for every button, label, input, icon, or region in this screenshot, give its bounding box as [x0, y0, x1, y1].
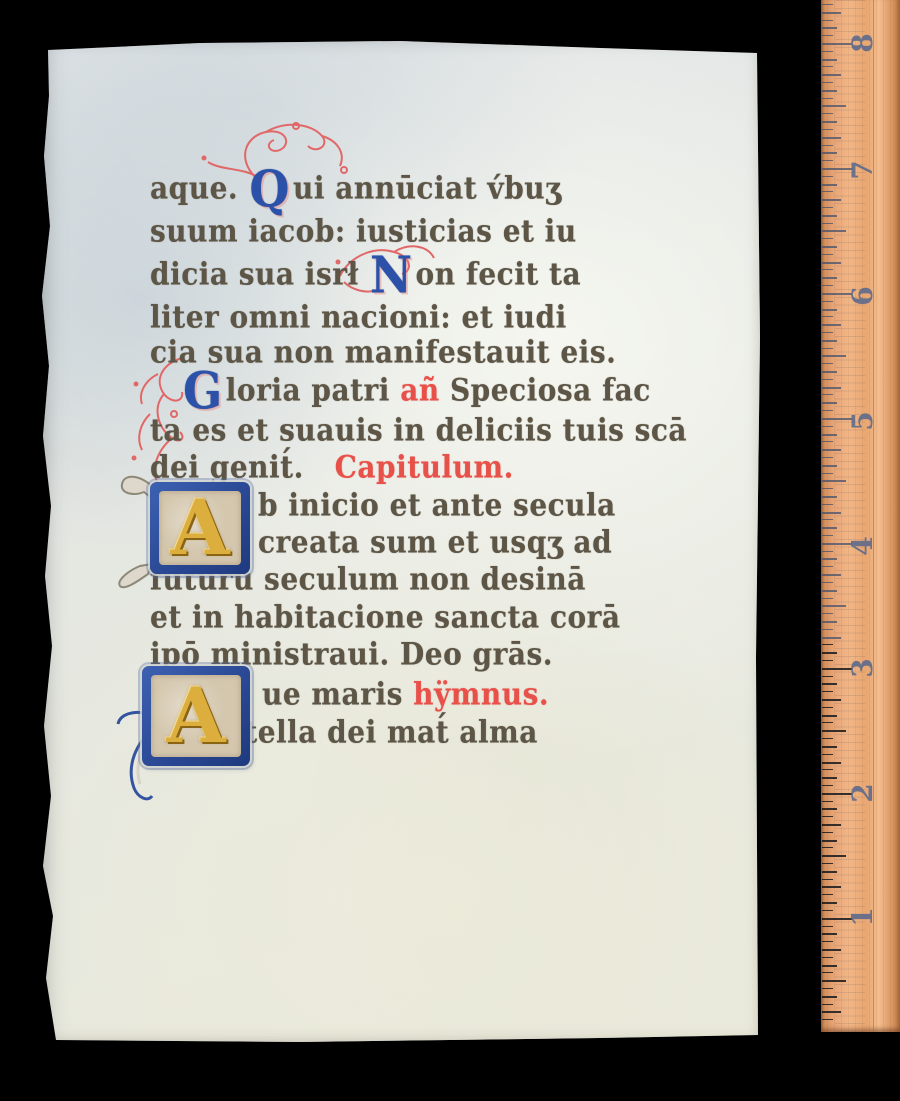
ruler-tick: [822, 629, 833, 630]
body-text: b inicio et ante secula: [258, 487, 616, 523]
ruler-tick: [822, 613, 833, 614]
rubric-text: Capitulum.: [335, 449, 514, 485]
ruler-tick: [822, 496, 837, 498]
manuscript-text-line: b inicio et ante secula: [258, 487, 616, 523]
manuscript-text-line: Gloria patri añ Speciosa fac: [182, 372, 651, 408]
ruler-tick: [822, 886, 841, 888]
illuminated-initial-letter: A: [171, 490, 230, 566]
ruler-tick: [822, 801, 833, 802]
ruler-tick: [822, 285, 833, 286]
ruler-tick: [822, 160, 833, 161]
ruler-inch-number: 2: [848, 776, 878, 810]
ruler-tick: [822, 504, 833, 505]
illuminated-initial-letter: A: [167, 678, 226, 754]
ruler-tick: [822, 66, 833, 67]
photo-background: aque. Qui annūciat v́buʒsuum iacob: iust…: [0, 0, 900, 1101]
ruler-tick: [822, 683, 837, 685]
ruler-tick: [822, 20, 833, 21]
ruler-inch-number: 6: [848, 279, 878, 313]
ruler-tick: [822, 972, 833, 973]
ruler-tick: [822, 996, 837, 998]
rubric-text: añ: [400, 372, 450, 408]
body-text: aque.: [150, 170, 248, 206]
ruler-tick: [822, 941, 833, 942]
ruler-tick: [822, 730, 846, 732]
ruler-tick: [822, 269, 833, 270]
body-text: suum iacob: iusticias et iu: [150, 213, 577, 249]
versal-initial: Q: [249, 159, 290, 218]
ruler-tick: [822, 582, 833, 583]
ruler-tick: [822, 457, 833, 458]
manuscript-content-overlay: aque. Qui annūciat v́buʒsuum iacob: iust…: [0, 0, 900, 1101]
ruler-tick: [822, 215, 837, 217]
ruler-tick: [822, 965, 837, 967]
ruler-tick: [822, 949, 841, 951]
ruler-tick: [822, 98, 833, 99]
ruler-tick: [822, 574, 841, 576]
ruler-tick: [822, 894, 833, 895]
ruler-tick: [822, 660, 833, 661]
ruler-tick: [822, 4, 833, 5]
ruler-tick: [822, 129, 833, 130]
ruler-tick: [822, 371, 837, 373]
body-text: dicia sua isrł: [150, 256, 369, 292]
ruler-tick: [822, 465, 837, 467]
ruler-tick: [822, 980, 846, 982]
ruler-tick: [822, 90, 837, 92]
ruler-tick: [822, 926, 833, 927]
manuscript-text-line: ta es et suauis in deliciis tuis scā: [150, 412, 687, 448]
ruler-tick: [822, 621, 837, 623]
ruler-tick: [822, 301, 833, 302]
ruler-tick: [822, 184, 837, 186]
versal-initial: N: [370, 245, 413, 304]
ruler-tick: [822, 324, 841, 326]
ruler-inch-number: 1: [848, 900, 878, 934]
ruler-tick: [822, 847, 833, 848]
ruler-tick: [822, 535, 833, 536]
ruler-tick: [822, 652, 837, 654]
ruler-inch-number: 7: [848, 153, 878, 187]
ruler-tick: [822, 933, 837, 935]
body-text: creata sum et usqʒ ad: [258, 524, 612, 560]
ruler-tick: [822, 82, 833, 83]
body-text: dei genit́.: [150, 449, 335, 485]
ruler-tick: [822, 12, 841, 14]
ruler-tick: [822, 863, 833, 864]
body-text: ui annūciat v́buʒ: [293, 170, 562, 206]
ruler-tick: [822, 246, 837, 248]
ruler-tick: [822, 105, 846, 107]
illuminated-initial: A: [142, 666, 250, 766]
ruler-tick: [822, 316, 833, 317]
ruler-tick: [822, 363, 833, 364]
ruler-tick: [822, 199, 841, 201]
ruler-tick: [822, 644, 833, 645]
ruler-tick: [822, 387, 841, 389]
manuscript-text-line: ue maris hÿmnus.: [262, 676, 549, 712]
ruler-tick: [822, 699, 841, 701]
ruler-tick: [822, 207, 833, 208]
manuscript-text-line: dicia sua isrł Non fecit ta: [150, 256, 581, 292]
body-text: loria patri: [226, 372, 400, 408]
ruler-tick: [822, 598, 833, 599]
ruler-tick: [822, 707, 833, 708]
ruler-tick: [822, 191, 833, 192]
ruler-tick: [822, 590, 837, 592]
ruler-tick: [822, 715, 837, 717]
ruler-tick: [822, 527, 837, 529]
ruler-tick: [822, 340, 837, 342]
ruler-tick: [822, 558, 837, 560]
ruler-tick: [822, 51, 833, 52]
ruler-tick: [822, 254, 833, 255]
ruler-tick: [822, 145, 833, 146]
manuscript-text-line: liter omni nacioni: et iudi: [150, 299, 567, 335]
ruler-tick: [822, 824, 841, 826]
ruler-tick: [822, 223, 833, 224]
ruler-tick: [822, 691, 833, 692]
ruler-inch-number: 4: [848, 529, 878, 563]
manuscript-text-line: stella dei mat́ alma: [228, 714, 538, 750]
ruler-tick: [822, 754, 833, 755]
ruler-tick: [822, 637, 841, 639]
manuscript-text-line: aque. Qui annūciat v́buʒ: [150, 170, 562, 206]
ruler-tick: [822, 27, 837, 29]
ruler-tick: [822, 488, 833, 489]
ruler-tick: [822, 762, 841, 764]
ruler-tick: [822, 59, 837, 61]
ruler-tick: [822, 74, 841, 76]
rubric-text: hÿmnus.: [413, 676, 549, 712]
ruler-tick: [822, 348, 833, 349]
ruler-tick: [822, 379, 833, 380]
ruler-tick: [822, 332, 833, 333]
ruler-tick: [822, 605, 846, 607]
ruler-tick: [822, 441, 833, 442]
ruler-tick: [822, 957, 833, 958]
body-text: ta es et suauis in deliciis tuis scā: [150, 412, 687, 448]
ruler-tick: [822, 785, 833, 786]
ruler-tick: [822, 871, 837, 873]
ruler-tick: [822, 394, 833, 395]
ruler-tick: [822, 722, 833, 723]
ruler-tick: [822, 238, 833, 239]
body-text: stella dei mat́ alma: [228, 714, 538, 750]
ruler-tick: [822, 449, 841, 451]
manuscript-text-line: suum iacob: iusticias et iu: [150, 213, 577, 249]
ruler-tick: [822, 473, 833, 474]
ruler-tick: [822, 676, 833, 677]
ruler-tick: [822, 309, 837, 311]
ruler-tick: [822, 137, 841, 139]
illuminated-initial: A: [150, 482, 250, 574]
ruler-tick: [822, 426, 833, 427]
ruler-tick: [822, 808, 837, 810]
ruler-tick: [822, 230, 846, 232]
ruler-tick: [822, 566, 833, 567]
ruler-tick: [822, 746, 837, 748]
ruler-tick: [822, 855, 846, 857]
ruler-tick: [822, 277, 837, 279]
ruler-tick: [822, 480, 846, 482]
ruler-tick: [822, 1019, 833, 1020]
ruler-tick: [822, 738, 833, 739]
ruler-tick: [822, 1011, 841, 1013]
ruler-tick: [822, 910, 833, 911]
ruler-tick: [822, 176, 833, 177]
ruler-tick: [822, 902, 837, 904]
body-text: et in habitacione sancta corā: [150, 599, 621, 635]
ruler-tick: [822, 551, 833, 552]
ruler-tick: [822, 519, 833, 520]
ruler-tick: [822, 512, 841, 514]
manuscript-text-line: et in habitacione sancta corā: [150, 599, 621, 635]
ruler-tick: [822, 777, 837, 779]
ruler-tick: [822, 355, 846, 357]
ruler-tick: [822, 113, 833, 114]
ruler-tick: [822, 769, 833, 770]
body-text: Speciosa fac: [450, 372, 651, 408]
manuscript-text-line: dei genit́. Capitulum.: [150, 449, 514, 485]
ruler-tick: [822, 988, 833, 989]
ruler-tick: [822, 1004, 833, 1005]
ruler-inch-number: 5: [848, 404, 878, 438]
ruler-inch-number: 8: [848, 26, 878, 60]
manuscript-text-line: creata sum et usqʒ ad: [258, 524, 612, 560]
body-text: on fecit ta: [416, 256, 582, 292]
ruler-tick: [822, 410, 833, 411]
ruler-tick: [822, 35, 833, 36]
ruler-inch-number: 3: [848, 651, 878, 685]
ruler-tick: [822, 121, 837, 123]
ruler-tick: [822, 816, 833, 817]
ruler-tick: [822, 434, 837, 436]
ruler-tick: [822, 402, 837, 404]
ruler-tick: [822, 152, 837, 154]
ruler-tick: [822, 832, 833, 833]
body-text: ue maris: [262, 676, 413, 712]
body-text: liter omni nacioni: et iudi: [150, 299, 567, 335]
ruler-tick: [822, 262, 841, 264]
ruler-tick: [822, 879, 833, 880]
ruler-tick: [822, 840, 837, 842]
